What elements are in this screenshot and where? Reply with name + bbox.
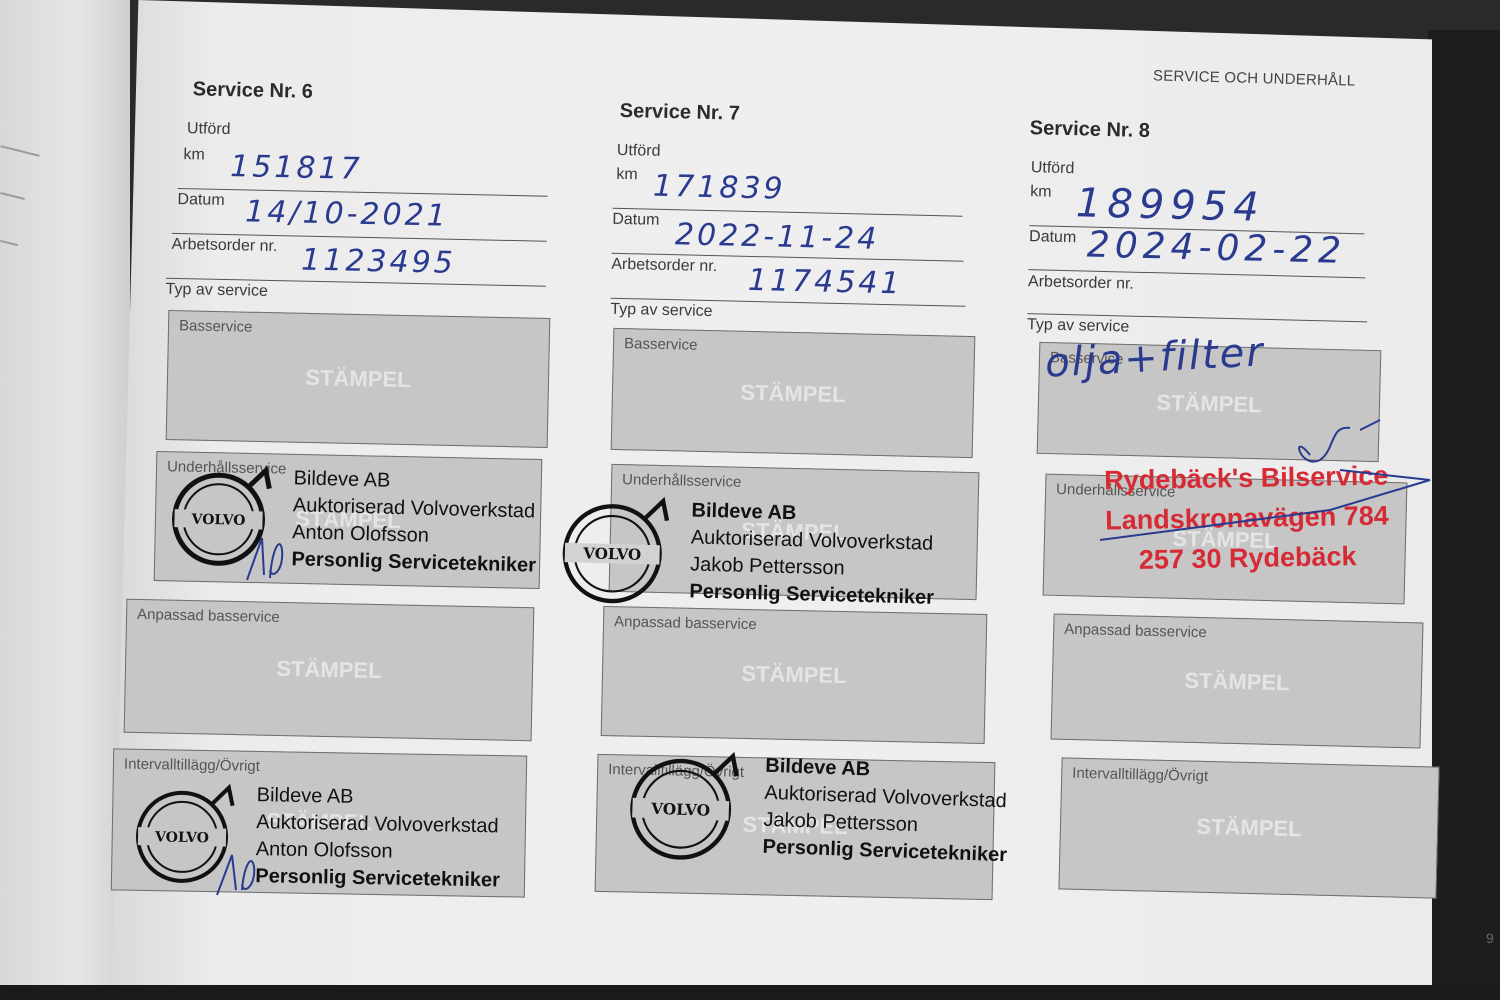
km-value[interactable]: 171839 — [653, 169, 786, 207]
performed-label: Utförd — [1031, 159, 1075, 178]
date-label: Datum — [612, 211, 660, 230]
left-page-rule — [0, 145, 39, 157]
page-number: 9 — [1486, 930, 1494, 946]
box-label: Intervalltillägg/Övrigt — [124, 756, 260, 775]
volvo-logo-icon: VOLVO — [624, 746, 742, 864]
stamp-company: Bildeve AB — [257, 782, 502, 813]
km-value[interactable]: 151817 — [230, 149, 363, 187]
performed-label: Utförd — [187, 120, 231, 139]
stamp-placeholder: STÄMPEL — [613, 377, 973, 411]
box-label: Basservice — [624, 335, 698, 354]
box-label: Basservice — [179, 317, 253, 336]
work-order-value[interactable]: 1174541 — [748, 263, 903, 301]
box-label: Anpassad basservice — [1064, 621, 1207, 641]
work-order-label: Arbetsorder nr. — [1028, 273, 1134, 294]
service-title: Service Nr. 8 — [1029, 117, 1150, 143]
left-page-rule — [0, 192, 25, 200]
stamp-role: Personlig Servicetekniker — [255, 863, 500, 894]
box-label: Intervalltillägg/Övrigt — [1072, 765, 1208, 785]
stamp-technician: Anton Olofsson — [256, 836, 501, 867]
work-order-value[interactable]: 1123495 — [301, 243, 456, 281]
stamp-placeholder: STÄMPEL — [1061, 810, 1438, 845]
stamp-placeholder: STÄMPEL — [126, 653, 532, 687]
signature-mark — [212, 845, 262, 900]
svg-text:VOLVO: VOLVO — [582, 544, 641, 564]
stamp-placeholder: STÄMPEL — [168, 362, 548, 396]
km-value[interactable]: 189954 — [1075, 180, 1265, 231]
signature-mark — [242, 530, 292, 585]
stamp-box-adapted[interactable]: Anpassad basservice STÄMPEL — [601, 606, 988, 744]
km-label: km — [1030, 183, 1052, 202]
stamp-box-adapted[interactable]: Anpassad basservice STÄMPEL — [124, 599, 535, 742]
signature-mark — [1080, 410, 1440, 550]
svg-text:VOLVO: VOLVO — [650, 800, 711, 820]
stamp-box-basic[interactable]: Basservice STÄMPEL — [166, 310, 551, 448]
service-type-label: Typ av service — [610, 301, 713, 321]
stamp-placeholder: STÄMPEL — [1053, 664, 1422, 699]
service-title: Service Nr. 7 — [620, 100, 741, 126]
stamp-box-interval[interactable]: Intervalltillägg/Övrigt STÄMPEL — [1058, 757, 1439, 898]
work-order-label: Arbetsorder nr. — [611, 256, 717, 276]
box-label: Anpassad basservice — [137, 606, 280, 626]
stamp-box-basic[interactable]: Basservice STÄMPEL — [611, 328, 976, 458]
date-label: Datum — [1029, 228, 1077, 247]
km-label: km — [616, 166, 638, 184]
date-value[interactable]: 14/10-2021 — [245, 194, 449, 233]
date-value[interactable]: 2022-11-24 — [675, 217, 880, 257]
background-surface — [0, 985, 1500, 1000]
box-label: Anpassad basservice — [614, 613, 757, 633]
stamp-placeholder: STÄMPEL — [603, 658, 985, 692]
date-label: Datum — [177, 191, 224, 210]
date-value[interactable]: 2024-02-22 — [1086, 225, 1346, 272]
volvo-logo-icon: VOLVO — [557, 492, 672, 607]
svg-text:VOLVO: VOLVO — [190, 512, 245, 529]
service-type-label: Typ av service — [1027, 316, 1130, 336]
performed-label: Utförd — [617, 142, 661, 161]
work-order-label: Arbetsorder nr. — [171, 236, 277, 256]
service-title: Service Nr. 6 — [193, 78, 314, 104]
km-label: km — [183, 146, 205, 164]
svg-text:VOLVO: VOLVO — [154, 829, 209, 846]
stamp-box-adapted[interactable]: Anpassad basservice STÄMPEL — [1051, 613, 1424, 748]
box-label: Underhållsservice — [622, 471, 742, 491]
left-page-rule — [0, 240, 18, 246]
service-type-label: Typ av service — [165, 281, 268, 301]
stamp-subtitle: Auktoriserad Volvoverkstad — [256, 809, 501, 840]
